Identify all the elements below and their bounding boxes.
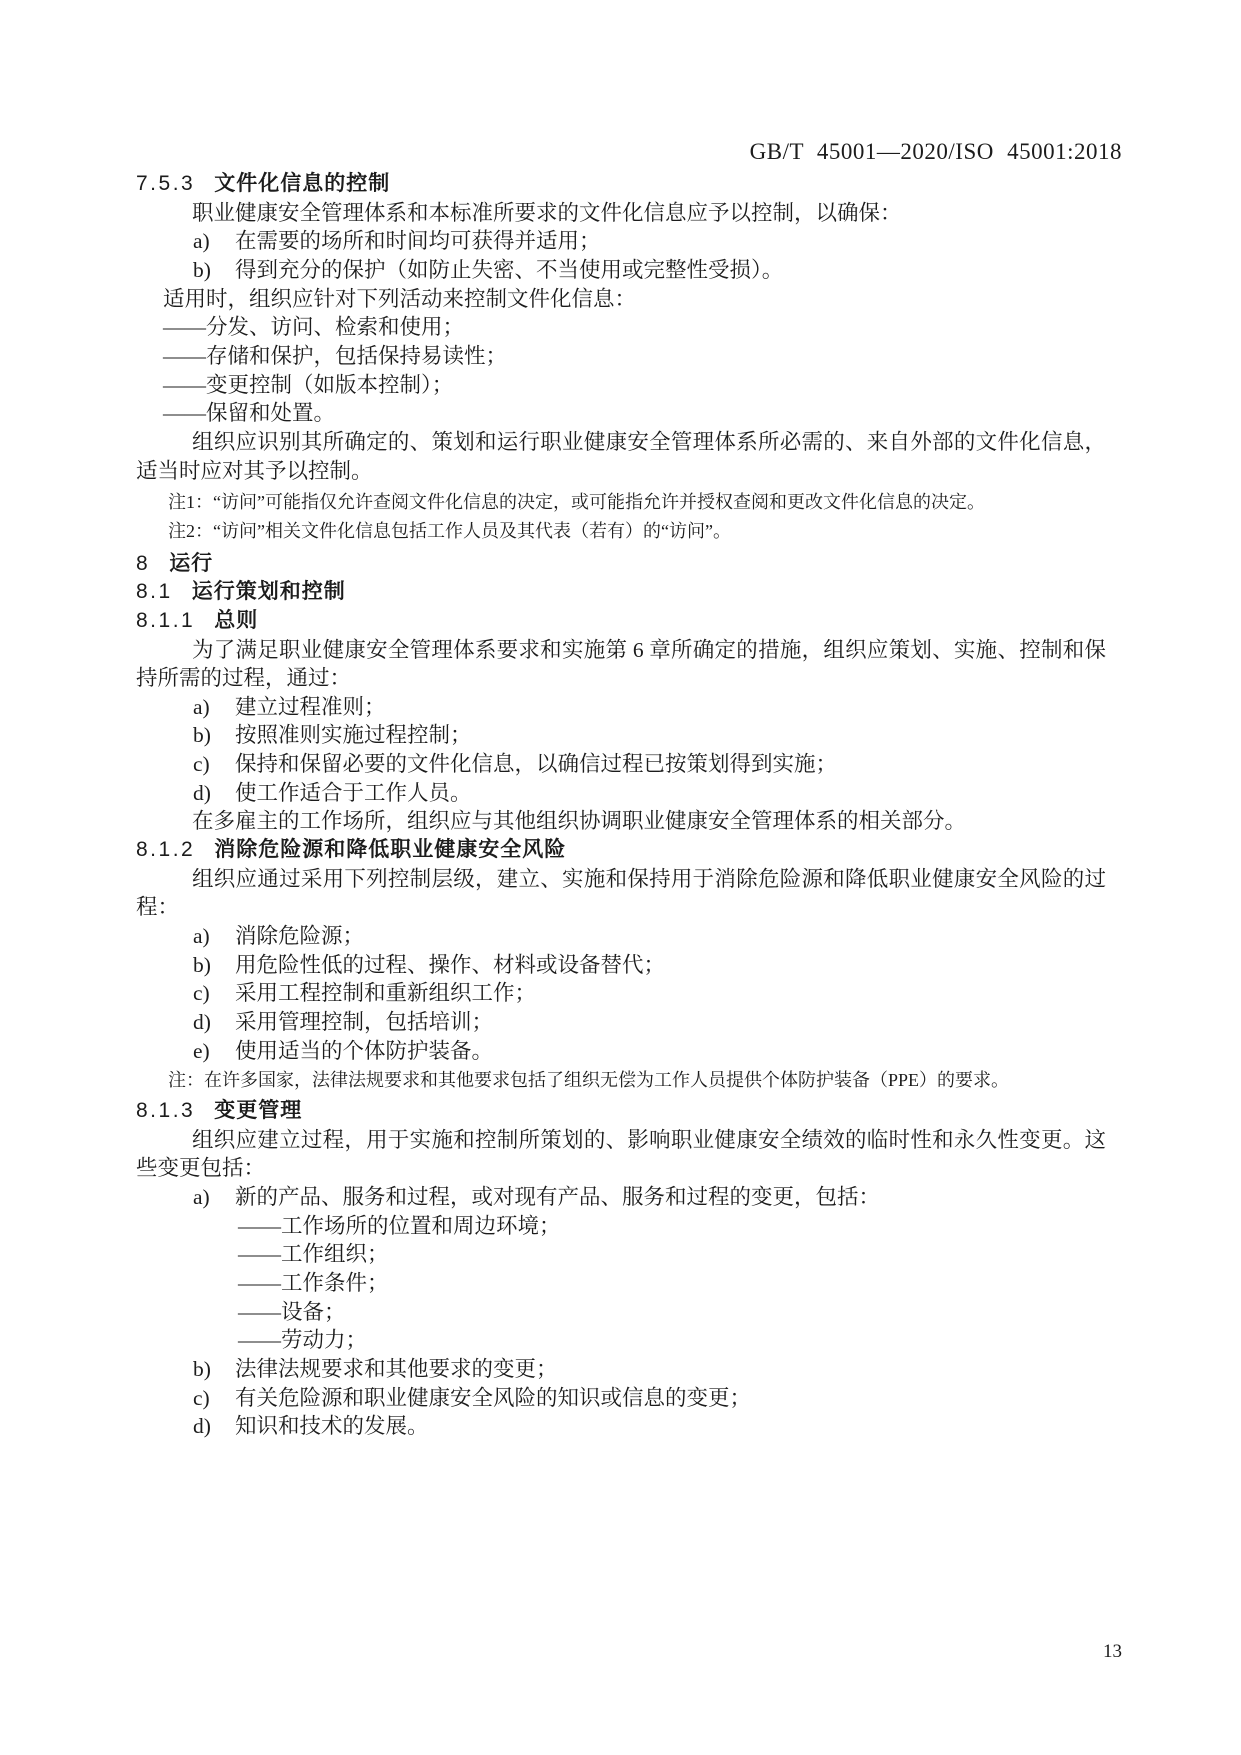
paragraph: 组织应识别其所确定的、策划和运行职业健康安全管理体系所必需的、来自外部的文件化信… bbox=[136, 428, 1106, 485]
section-heading-8-1-3: 8.1.3变更管理 bbox=[136, 1097, 1106, 1126]
paragraph: 组织应建立过程，用于实施和控制所策划的、影响职业健康安全绩效的临时性和永久性变更… bbox=[136, 1126, 1106, 1183]
list-item: a)建立过程准则； bbox=[136, 693, 1106, 722]
list-marker: a) bbox=[193, 227, 210, 256]
dash-item: ——存储和保护，包括保持易读性； bbox=[136, 342, 1106, 371]
list-marker: d) bbox=[193, 1412, 211, 1441]
list-item: a)消除危险源； bbox=[136, 922, 1106, 951]
paragraph: 为了满足职业健康安全管理体系要求和实施第 6 章所确定的措施，组织应策划、实施、… bbox=[136, 636, 1106, 693]
list-marker: a) bbox=[193, 922, 210, 951]
list-marker: a) bbox=[193, 693, 210, 722]
list-marker: b) bbox=[193, 1355, 211, 1384]
list-item-text: 使工作适合于工作人员。 bbox=[235, 781, 472, 805]
list-marker: b) bbox=[193, 256, 211, 285]
list-item: d)知识和技术的发展。 bbox=[136, 1412, 1106, 1441]
list-item-text: 采用工程控制和重新组织工作； bbox=[235, 981, 536, 1005]
dash-item: ——分发、访问、检索和使用； bbox=[136, 313, 1106, 342]
list-marker: e) bbox=[193, 1037, 210, 1066]
list-item-text: 知识和技术的发展。 bbox=[235, 1414, 429, 1438]
list-item-text: 消除危险源； bbox=[235, 924, 364, 948]
dash-item: ——工作条件； bbox=[136, 1269, 1106, 1298]
note: 注2：“访问”相关文件化信息包括工作人员及其代表（若有）的“访问”。 bbox=[136, 517, 1106, 546]
section-heading-8-1-2: 8.1.2消除危险源和降低职业健康安全风险 bbox=[136, 836, 1106, 865]
list-item: a)在需要的场所和时间均可获得并适用； bbox=[136, 227, 1106, 256]
list-item-text: 采用管理控制，包括培训； bbox=[235, 1010, 493, 1034]
paragraph: 组织应通过采用下列控制层级，建立、实施和保持用于消除危险源和降低职业健康安全风险… bbox=[136, 865, 1106, 922]
list-marker: d) bbox=[193, 779, 211, 808]
list-item-text: 在需要的场所和时间均可获得并适用； bbox=[235, 229, 601, 253]
dash-item: ——设备； bbox=[136, 1298, 1106, 1327]
list-marker: b) bbox=[193, 721, 211, 750]
list-item-text: 使用适当的个体防护装备。 bbox=[235, 1039, 493, 1063]
list-item: c)采用工程控制和重新组织工作； bbox=[136, 979, 1106, 1008]
dash-item: ——变更控制（如版本控制）； bbox=[136, 371, 1106, 400]
list-item-text: 得到充分的保护（如防止失密、不当使用或完整性受损）。 bbox=[235, 258, 783, 282]
paragraph: 在多雇主的工作场所，组织应与其他组织协调职业健康安全管理体系的相关部分。 bbox=[136, 807, 1106, 836]
list-item: e)使用适当的个体防护装备。 bbox=[136, 1037, 1106, 1066]
list-item: a)新的产品、服务和过程，或对现有产品、服务和过程的变更，包括： bbox=[136, 1183, 1106, 1212]
section-number: 7.5.3 bbox=[136, 172, 195, 195]
list-item-text: 建立过程准则； bbox=[235, 695, 386, 719]
list-item: c)保持和保留必要的文件化信息，以确信过程已按策划得到实施； bbox=[136, 750, 1106, 779]
document-body: 7.5.3文件化信息的控制 职业健康安全管理体系和本标准所要求的文件化信息应予以… bbox=[136, 170, 1106, 1441]
list-item: b)用危险性低的过程、操作、材料或设备替代； bbox=[136, 951, 1106, 980]
dash-item: ——劳动力； bbox=[136, 1326, 1106, 1355]
list-item: c)有关危险源和职业健康安全风险的知识或信息的变更； bbox=[136, 1384, 1106, 1413]
list-item-text: 有关危险源和职业健康安全风险的知识或信息的变更； bbox=[235, 1386, 751, 1410]
section-number: 8.1.1 bbox=[136, 609, 195, 632]
note: 注：在许多国家，法律法规要求和其他要求包括了组织无偿为工作人员提供个体防护装备（… bbox=[136, 1066, 1106, 1095]
list-marker: c) bbox=[193, 1384, 210, 1413]
list-marker: c) bbox=[193, 979, 210, 1008]
list-item: b)得到充分的保护（如防止失密、不当使用或完整性受损）。 bbox=[136, 256, 1106, 285]
note: 注1：“访问”可能指仅允许查阅文件化信息的决定，或可能指允许并授权查阅和更改文件… bbox=[136, 488, 1106, 517]
list-item-text: 新的产品、服务和过程，或对现有产品、服务和过程的变更，包括： bbox=[235, 1185, 880, 1209]
section-number: 8.1.2 bbox=[136, 838, 195, 861]
list-item: b)按照准则实施过程控制； bbox=[136, 721, 1106, 750]
section-heading-7-5-3: 7.5.3文件化信息的控制 bbox=[136, 170, 1106, 199]
dash-item: ——工作组织； bbox=[136, 1240, 1106, 1269]
dash-item: ——工作场所的位置和周边环境； bbox=[136, 1212, 1106, 1241]
list-item-text: 保持和保留必要的文件化信息，以确信过程已按策划得到实施； bbox=[235, 752, 837, 776]
section-title: 消除危险源和降低职业健康安全风险 bbox=[214, 838, 566, 861]
paragraph: 适用时，组织应针对下列活动来控制文件化信息： bbox=[136, 285, 1106, 314]
list-item: d)采用管理控制，包括培训； bbox=[136, 1008, 1106, 1037]
section-title: 文件化信息的控制 bbox=[214, 172, 390, 195]
section-title: 总则 bbox=[214, 609, 258, 632]
section-number: 8.1.3 bbox=[136, 1099, 195, 1122]
section-number: 8 bbox=[136, 552, 150, 575]
section-number: 8.1 bbox=[136, 580, 173, 603]
list-marker: b) bbox=[193, 951, 211, 980]
list-item-text: 按照准则实施过程控制； bbox=[235, 723, 472, 747]
dash-item: ——保留和处置。 bbox=[136, 399, 1106, 428]
page-header-standard-ref: GB/T 45001—2020/ISO 45001:2018 bbox=[136, 139, 1122, 165]
list-marker: a) bbox=[193, 1183, 210, 1212]
document-page: GB/T 45001—2020/ISO 45001:2018 7.5.3文件化信… bbox=[0, 0, 1241, 1755]
list-marker: c) bbox=[193, 750, 210, 779]
section-heading-8-1: 8.1运行策划和控制 bbox=[136, 578, 1106, 607]
section-heading-8-1-1: 8.1.1总则 bbox=[136, 607, 1106, 636]
list-marker: d) bbox=[193, 1008, 211, 1037]
list-item-text: 法律法规要求和其他要求的变更； bbox=[235, 1357, 558, 1381]
list-item: b)法律法规要求和其他要求的变更； bbox=[136, 1355, 1106, 1384]
paragraph: 职业健康安全管理体系和本标准所要求的文件化信息应予以控制，以确保： bbox=[136, 199, 1106, 228]
section-heading-8: 8运行 bbox=[136, 550, 1106, 579]
section-title: 运行 bbox=[169, 552, 213, 575]
list-item-text: 用危险性低的过程、操作、材料或设备替代； bbox=[235, 953, 665, 977]
page-number: 13 bbox=[136, 1641, 1122, 1663]
section-title: 变更管理 bbox=[214, 1099, 302, 1122]
section-title: 运行策划和控制 bbox=[192, 580, 346, 603]
list-item: d)使工作适合于工作人员。 bbox=[136, 779, 1106, 808]
